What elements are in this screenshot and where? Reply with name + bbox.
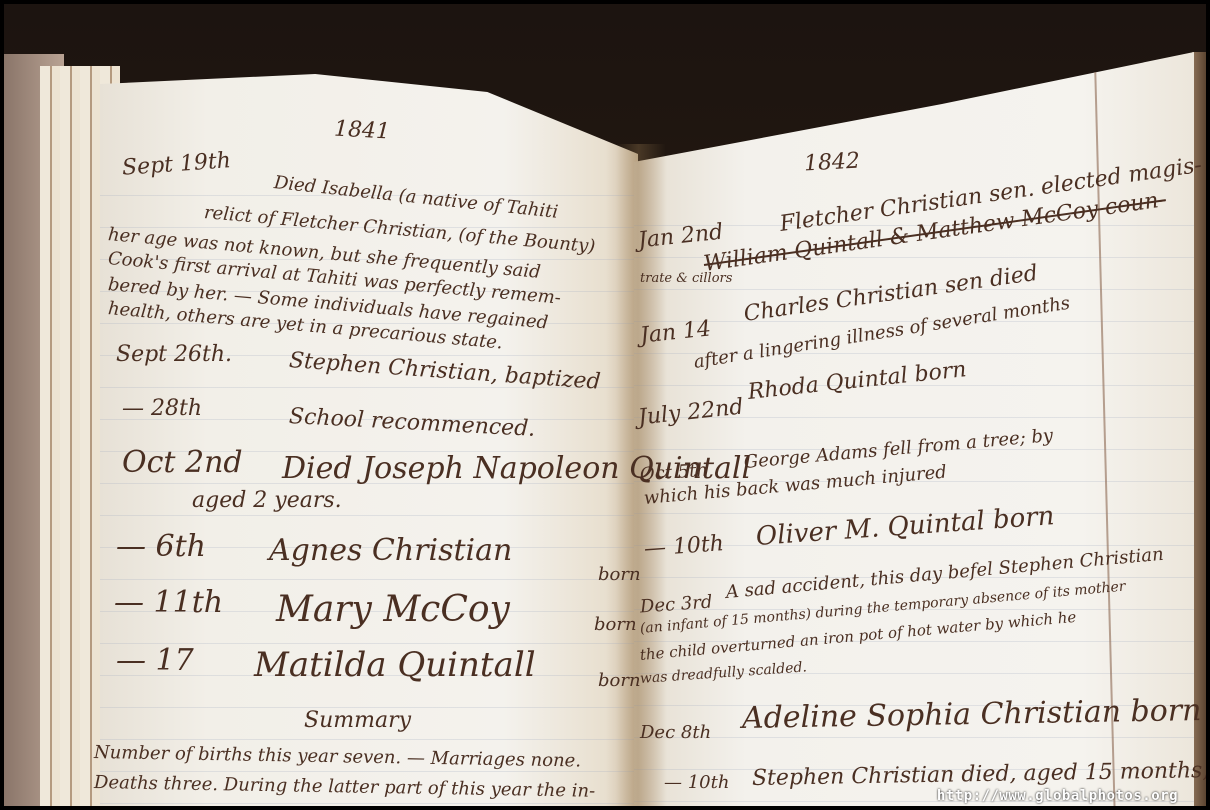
entry-line: Matilda Quintall xyxy=(254,648,536,682)
year-heading-1841: 1841 xyxy=(333,119,390,144)
entry-line: Mary McCoy xyxy=(276,592,510,628)
margin-note: trate & cillors xyxy=(640,272,732,285)
entry-date: Oct 5th xyxy=(639,462,708,485)
entry-date: — 11th xyxy=(114,588,223,618)
summary-heading: Summary xyxy=(304,710,411,732)
entry-date: Dec 3rd xyxy=(639,593,713,616)
entry-line: born xyxy=(598,566,641,584)
entry-date: — 28th xyxy=(122,398,202,420)
entry-date: — 6th xyxy=(116,532,206,562)
entry-date: — 17 xyxy=(116,646,194,676)
year-heading-1842: 1842 xyxy=(803,151,860,176)
entry-line: aged 2 years. xyxy=(192,490,342,512)
entry-line: born xyxy=(598,672,641,690)
entry-line: born xyxy=(594,616,637,634)
entry-date: — 10th xyxy=(643,533,724,561)
watermark-url: http://www.globalphotos.org xyxy=(937,788,1178,804)
entry-date: Dec 8th xyxy=(640,724,711,742)
entry-date: Oct 2nd xyxy=(122,448,243,478)
photo-scene: 1841 Sept 19th Died Isabella (a native o… xyxy=(4,4,1206,806)
entry-line: Agnes Christian xyxy=(269,536,512,566)
entry-date: — 10th xyxy=(664,774,729,792)
entry-line: Adeline Sophia Christian born xyxy=(742,696,1202,734)
entry-date: Sept 26th. xyxy=(116,344,232,366)
